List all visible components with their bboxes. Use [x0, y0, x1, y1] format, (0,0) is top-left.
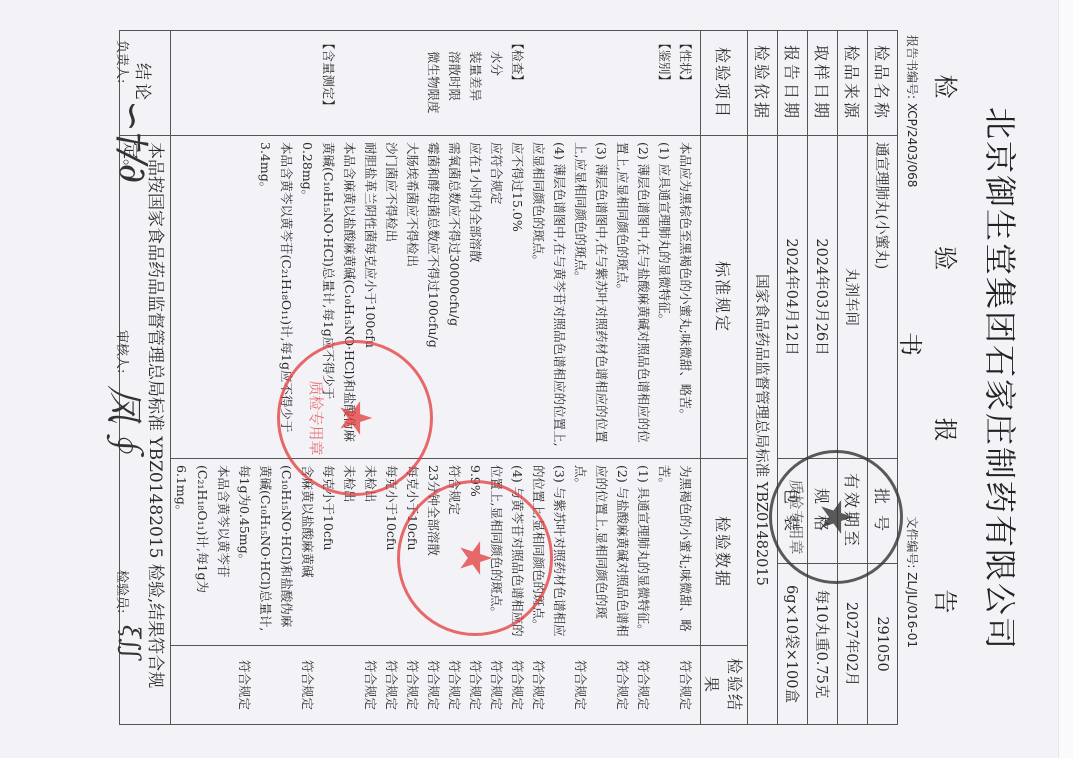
- info-row: 取样日期 2024年03月26日 规 格 每10丸重0.75克: [808, 31, 838, 725]
- product-name-label: 检品名称: [868, 31, 898, 136]
- result-ident-2: 符合规定: [612, 652, 633, 718]
- star-icon: ★: [330, 398, 381, 437]
- section-assay: 【含量测定】: [318, 37, 339, 129]
- inspector-label: 检验员:: [114, 570, 133, 613]
- column-header-row: 检验项目 标准规定 检验数据 检验结果: [701, 31, 748, 725]
- company-title: 北京御生堂集团石家庄制药有限公司: [979, 0, 1025, 758]
- data-ident-1: (1) 具通宣理肺丸的显微特征。: [633, 465, 654, 639]
- reviewer-signature: 凤∮: [100, 385, 155, 461]
- std-ident-1: (1) 应具通宣理肺丸的显微特征。: [654, 142, 675, 452]
- product-name: 通宣理肺丸(小蜜丸): [868, 136, 898, 459]
- item-weight-variation: 装量差异: [465, 37, 486, 129]
- std-appearance: 本品应为黑棕色至黑褐色的小蜜丸;味微甜、略苦。: [675, 142, 696, 452]
- result-micro-2: 符合规定: [423, 652, 444, 718]
- result-dissolution: 符合规定: [465, 652, 486, 718]
- result-moisture: 符合规定: [507, 652, 528, 718]
- responsible-label: 负责人:: [114, 40, 133, 83]
- info-row: 检品名称 通宣理肺丸(小蜜丸) 批 号 291050: [868, 31, 898, 725]
- basis: 国家食品药品监督管理总局标准 YBZ01482015: [748, 136, 778, 725]
- std-ident-2: (2) 薄层色谱图中,在与盐酸麻黄碱对照品色谱相应的位置上,应显相同颜色的斑点。: [612, 142, 654, 452]
- col-data: 检验数据: [701, 459, 748, 646]
- expiry: 2027年02月: [838, 564, 868, 725]
- package: 6g×10袋×100盒: [778, 564, 808, 725]
- items-cell: 【性状】 【鉴别】 【检查】 水分 装量差异 溶散时限 微生物限度 【含量测定】: [171, 31, 701, 136]
- sampling-date-label: 取样日期: [808, 31, 838, 136]
- scanned-page: 北京御生堂集团石家庄制药有限公司 检 验 报 告 书 报告书编号: XCP/24…: [0, 0, 1073, 758]
- std-ident-4: (4) 薄层色谱图中,在与黄芩苷对照品色谱相应的位置上,应显相同颜色的斑点。: [528, 142, 570, 452]
- file-number: 文件编号: ZL/JL/016-01: [904, 516, 921, 648]
- file-number-value: ZL/JL/016-01: [905, 572, 919, 648]
- star-icon: ★: [811, 497, 862, 536]
- source-label: 检品来源: [838, 31, 868, 136]
- qc-stamp-black: ★ 质检专用章: [769, 450, 903, 584]
- col-result: 检验结果: [701, 646, 748, 725]
- batch-number: 291050: [868, 564, 898, 725]
- report-number: 报告书编号: XCP/2403/068: [904, 35, 921, 187]
- result-ident-4: 符合规定: [528, 652, 549, 718]
- results-cell: 符合规定 符合规定 符合规定 符合规定 符合规定 符合规定 符合规定 符合规定 …: [171, 646, 701, 725]
- report-date-label: 报告日期: [778, 31, 808, 136]
- file-number-label: 文件编号:: [905, 516, 919, 568]
- col-item: 检验项目: [701, 31, 748, 136]
- result-assay-1: 符合规定: [297, 652, 318, 718]
- source: 丸剂车间: [838, 136, 868, 459]
- item-dissolution-time: 溶散时限: [444, 37, 465, 129]
- result-assay-2: 符合规定: [234, 652, 255, 718]
- report-date: 2024年04月12日: [778, 136, 808, 459]
- result-weight-variation: 符合规定: [486, 652, 507, 718]
- result-micro-4: 符合规定: [381, 652, 402, 718]
- result-micro-5: 符合规定: [360, 652, 381, 718]
- item-moisture: 水分: [486, 37, 507, 129]
- result-ident-3: 符合规定: [570, 652, 591, 718]
- stamp-text: 质检专用章: [786, 453, 807, 581]
- responsible-signature: ∽†/∂: [111, 100, 155, 183]
- info-row: 检品来源 丸剂车间 有效期至 2027年02月: [838, 31, 868, 725]
- data-appearance: 为黑褐色的小蜜丸;味微甜、略苦。: [654, 465, 696, 639]
- spec: 每10丸重0.75克: [808, 564, 838, 725]
- data-ident-2: (2) 与盐酸麻黄碱对照品色谱相应的位置上,显相同颜色的斑点。: [570, 465, 633, 639]
- info-row: 报告日期 2024年04月12日 包 装 6g×10袋×100盒: [778, 31, 808, 725]
- std-dissolution: 应在1小时内全部溶散: [465, 142, 486, 452]
- item-microbial-limit: 微生物限度: [423, 37, 444, 129]
- report-number-label: 报告书编号:: [905, 35, 919, 99]
- qc-stamp-red-2: ★ 质检专用章: [277, 340, 433, 496]
- result-micro-1: 符合规定: [444, 652, 465, 718]
- std-moisture: 应不得过15.0%: [507, 142, 528, 452]
- basis-label: 检验依据: [748, 31, 778, 136]
- section-identification: 【鉴别】: [654, 37, 675, 129]
- std-ident-3: (3) 薄层色谱图中,在与紫苏叶对照药材色谱相应的位置上,应显相同颜色的斑点。: [570, 142, 612, 452]
- std-weight-variation: 应符合规定: [486, 142, 507, 452]
- stamp-text: 质检专用章: [306, 343, 327, 493]
- report-number-value: XCP/2403/068: [905, 103, 919, 188]
- reviewer-label: 审核人:: [114, 330, 133, 373]
- standards-cell: 本品应为黑棕色至黑褐色的小蜜丸;味微甜、略苦。 (1) 应具通宣理肺丸的显微特征…: [171, 136, 701, 459]
- inspector-signature: ξ∫ʃ: [117, 625, 145, 657]
- section-appearance: 【性状】: [675, 37, 696, 129]
- result-micro-3: 符合规定: [402, 652, 423, 718]
- qc-stamp-red-1: ★: [397, 480, 553, 636]
- result-ident-1: 符合规定: [633, 652, 654, 718]
- std-micro-1: 需氧菌总数应不得过30000cfu/g: [444, 142, 465, 452]
- info-row: 检验依据 国家食品药品监督管理总局标准 YBZ01482015: [748, 31, 778, 725]
- col-standard: 标准规定: [701, 136, 748, 459]
- section-inspection: 【检查】: [507, 37, 528, 129]
- sampling-date: 2024年03月26日: [808, 136, 838, 459]
- result-appearance: 符合规定: [675, 652, 696, 718]
- inspection-report-sheet: 北京御生堂集团石家庄制药有限公司 检 验 报 告 书 报告书编号: XCP/24…: [0, 0, 1073, 758]
- data-assay-2: 本品含黄芩以黄芩苷(C₂₁H₁₈O₁₁)计,每1g为6.1mg。: [171, 465, 234, 639]
- star-icon: ★: [450, 538, 501, 577]
